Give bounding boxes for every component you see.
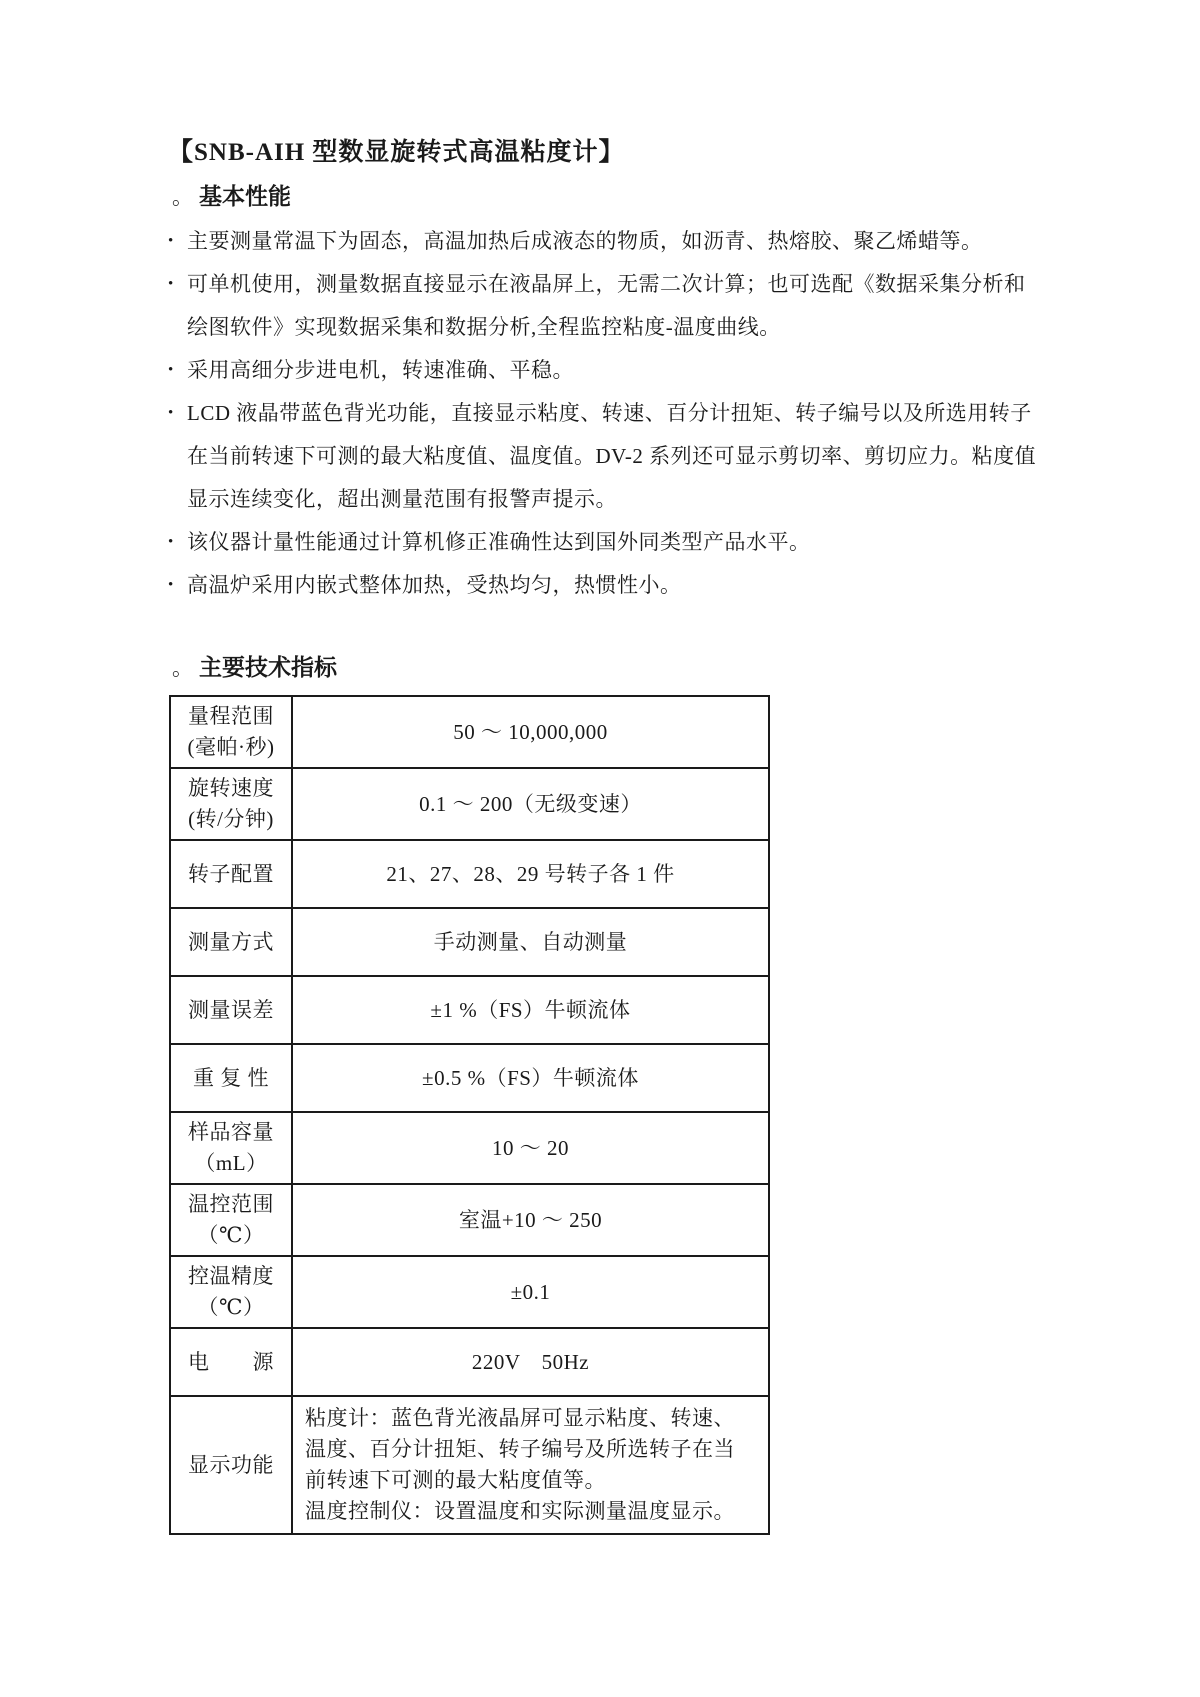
list-item: • 可单机使用，测量数据直接显示在液晶屏上，无需二次计算；也可选配《数据采集分析… bbox=[168, 263, 1040, 349]
list-item: • 主要测量常温下为固态，高温加热后成液态的物质，如沥青、热熔胶、聚乙烯蜡等。 bbox=[168, 220, 1040, 263]
table-row: 电 源 220V 50Hz bbox=[170, 1328, 769, 1396]
spec-value: ±0.5 %（FS）牛顿流体 bbox=[292, 1044, 769, 1112]
spec-value: ±0.1 bbox=[292, 1256, 769, 1328]
spec-value-line: 粘度计：蓝色背光液晶屏可显示粘度、转速、温度、百分计扭矩、转子编号及所选转子在当… bbox=[305, 1403, 756, 1496]
bullet-icon: • bbox=[168, 349, 187, 392]
spec-label: 显示功能 bbox=[170, 1396, 292, 1534]
spec-label: 量程范围 (毫帕·秒) bbox=[170, 696, 292, 768]
spec-value: 0.1 ～ 200（无级变速） bbox=[292, 768, 769, 840]
spec-value: 10 ～ 20 bbox=[292, 1112, 769, 1184]
spec-value: 50 ～ 10,000,000 bbox=[292, 696, 769, 768]
table-row: 测量方式 手动测量、自动测量 bbox=[170, 908, 769, 976]
bullet-icon: • bbox=[168, 220, 187, 263]
table-row: 测量误差 ±1 %（FS）牛顿流体 bbox=[170, 976, 769, 1044]
spec-label: 样品容量 （mL） bbox=[170, 1112, 292, 1184]
table-row: 转子配置 21、27、28、29 号转子各 1 件 bbox=[170, 840, 769, 908]
bullet-text: 可单机使用，测量数据直接显示在液晶屏上，无需二次计算；也可选配《数据采集分析和绘… bbox=[187, 263, 1040, 349]
document-page: 【SNB-AIH 型数显旋转式高温粘度计】 。 基本性能 • 主要测量常温下为固… bbox=[0, 0, 1200, 1697]
spec-value: 21、27、28、29 号转子各 1 件 bbox=[292, 840, 769, 908]
bullet-text: 高温炉采用内嵌式整体加热，受热均匀，热惯性小。 bbox=[187, 564, 1040, 607]
bullet-text: LCD 液晶带蓝色背光功能，直接显示粘度、转速、百分计扭矩、转子编号以及所选用转… bbox=[187, 392, 1040, 521]
heading-text: 主要技术指标 bbox=[199, 653, 337, 683]
list-item: • LCD 液晶带蓝色背光功能，直接显示粘度、转速、百分计扭矩、转子编号以及所选… bbox=[168, 392, 1040, 521]
spec-label: 温控范围 （℃） bbox=[170, 1184, 292, 1256]
heading-text: 基本性能 bbox=[199, 182, 291, 212]
spec-value: 粘度计：蓝色背光液晶屏可显示粘度、转速、温度、百分计扭矩、转子编号及所选转子在当… bbox=[292, 1396, 769, 1534]
spec-label: 电 源 bbox=[170, 1328, 292, 1396]
heading-marker: 。 bbox=[172, 182, 193, 212]
section-heading-technical-specs: 。 主要技术指标 bbox=[172, 653, 1040, 683]
spec-label: 转子配置 bbox=[170, 840, 292, 908]
bullet-icon: • bbox=[168, 392, 187, 521]
bullet-icon: • bbox=[168, 521, 187, 564]
table-row: 旋转速度 (转/分钟) 0.1 ～ 200（无级变速） bbox=[170, 768, 769, 840]
spec-value: ±1 %（FS）牛顿流体 bbox=[292, 976, 769, 1044]
bullet-text: 主要测量常温下为固态，高温加热后成液态的物质，如沥青、热熔胶、聚乙烯蜡等。 bbox=[187, 220, 1040, 263]
bullet-icon: • bbox=[168, 564, 187, 607]
list-item: • 采用高细分步进电机，转速准确、平稳。 bbox=[168, 349, 1040, 392]
spec-value: 手动测量、自动测量 bbox=[292, 908, 769, 976]
feature-list: • 主要测量常温下为固态，高温加热后成液态的物质，如沥青、热熔胶、聚乙烯蜡等。 … bbox=[168, 220, 1040, 607]
table-row: 控温精度 （℃） ±0.1 bbox=[170, 1256, 769, 1328]
bullet-text: 采用高细分步进电机，转速准确、平稳。 bbox=[187, 349, 1040, 392]
bullet-icon: • bbox=[168, 263, 187, 349]
page-title: 【SNB-AIH 型数显旋转式高温粘度计】 bbox=[168, 138, 1040, 168]
spec-value-line: 温度控制仪：设置温度和实际测量温度显示。 bbox=[305, 1496, 756, 1527]
bullet-text: 该仪器计量性能通过计算机修正准确性达到国外同类型产品水平。 bbox=[187, 521, 1040, 564]
spec-value: 220V 50Hz bbox=[292, 1328, 769, 1396]
spec-value: 室温+10 ～ 250 bbox=[292, 1184, 769, 1256]
table-row: 显示功能 粘度计：蓝色背光液晶屏可显示粘度、转速、温度、百分计扭矩、转子编号及所… bbox=[170, 1396, 769, 1534]
spec-label: 测量方式 bbox=[170, 908, 292, 976]
spec-label: 旋转速度 (转/分钟) bbox=[170, 768, 292, 840]
table-row: 重 复 性 ±0.5 %（FS）牛顿流体 bbox=[170, 1044, 769, 1112]
list-item: • 高温炉采用内嵌式整体加热，受热均匀，热惯性小。 bbox=[168, 564, 1040, 607]
specs-table: 量程范围 (毫帕·秒) 50 ～ 10,000,000 旋转速度 (转/分钟) … bbox=[169, 695, 770, 1535]
spec-label: 控温精度 （℃） bbox=[170, 1256, 292, 1328]
section-heading-basic-performance: 。 基本性能 bbox=[172, 182, 1040, 212]
spec-label: 测量误差 bbox=[170, 976, 292, 1044]
table-row: 温控范围 （℃） 室温+10 ～ 250 bbox=[170, 1184, 769, 1256]
table-row: 样品容量 （mL） 10 ～ 20 bbox=[170, 1112, 769, 1184]
spec-label: 重 复 性 bbox=[170, 1044, 292, 1112]
table-row: 量程范围 (毫帕·秒) 50 ～ 10,000,000 bbox=[170, 696, 769, 768]
list-item: • 该仪器计量性能通过计算机修正准确性达到国外同类型产品水平。 bbox=[168, 521, 1040, 564]
heading-marker: 。 bbox=[172, 653, 193, 683]
